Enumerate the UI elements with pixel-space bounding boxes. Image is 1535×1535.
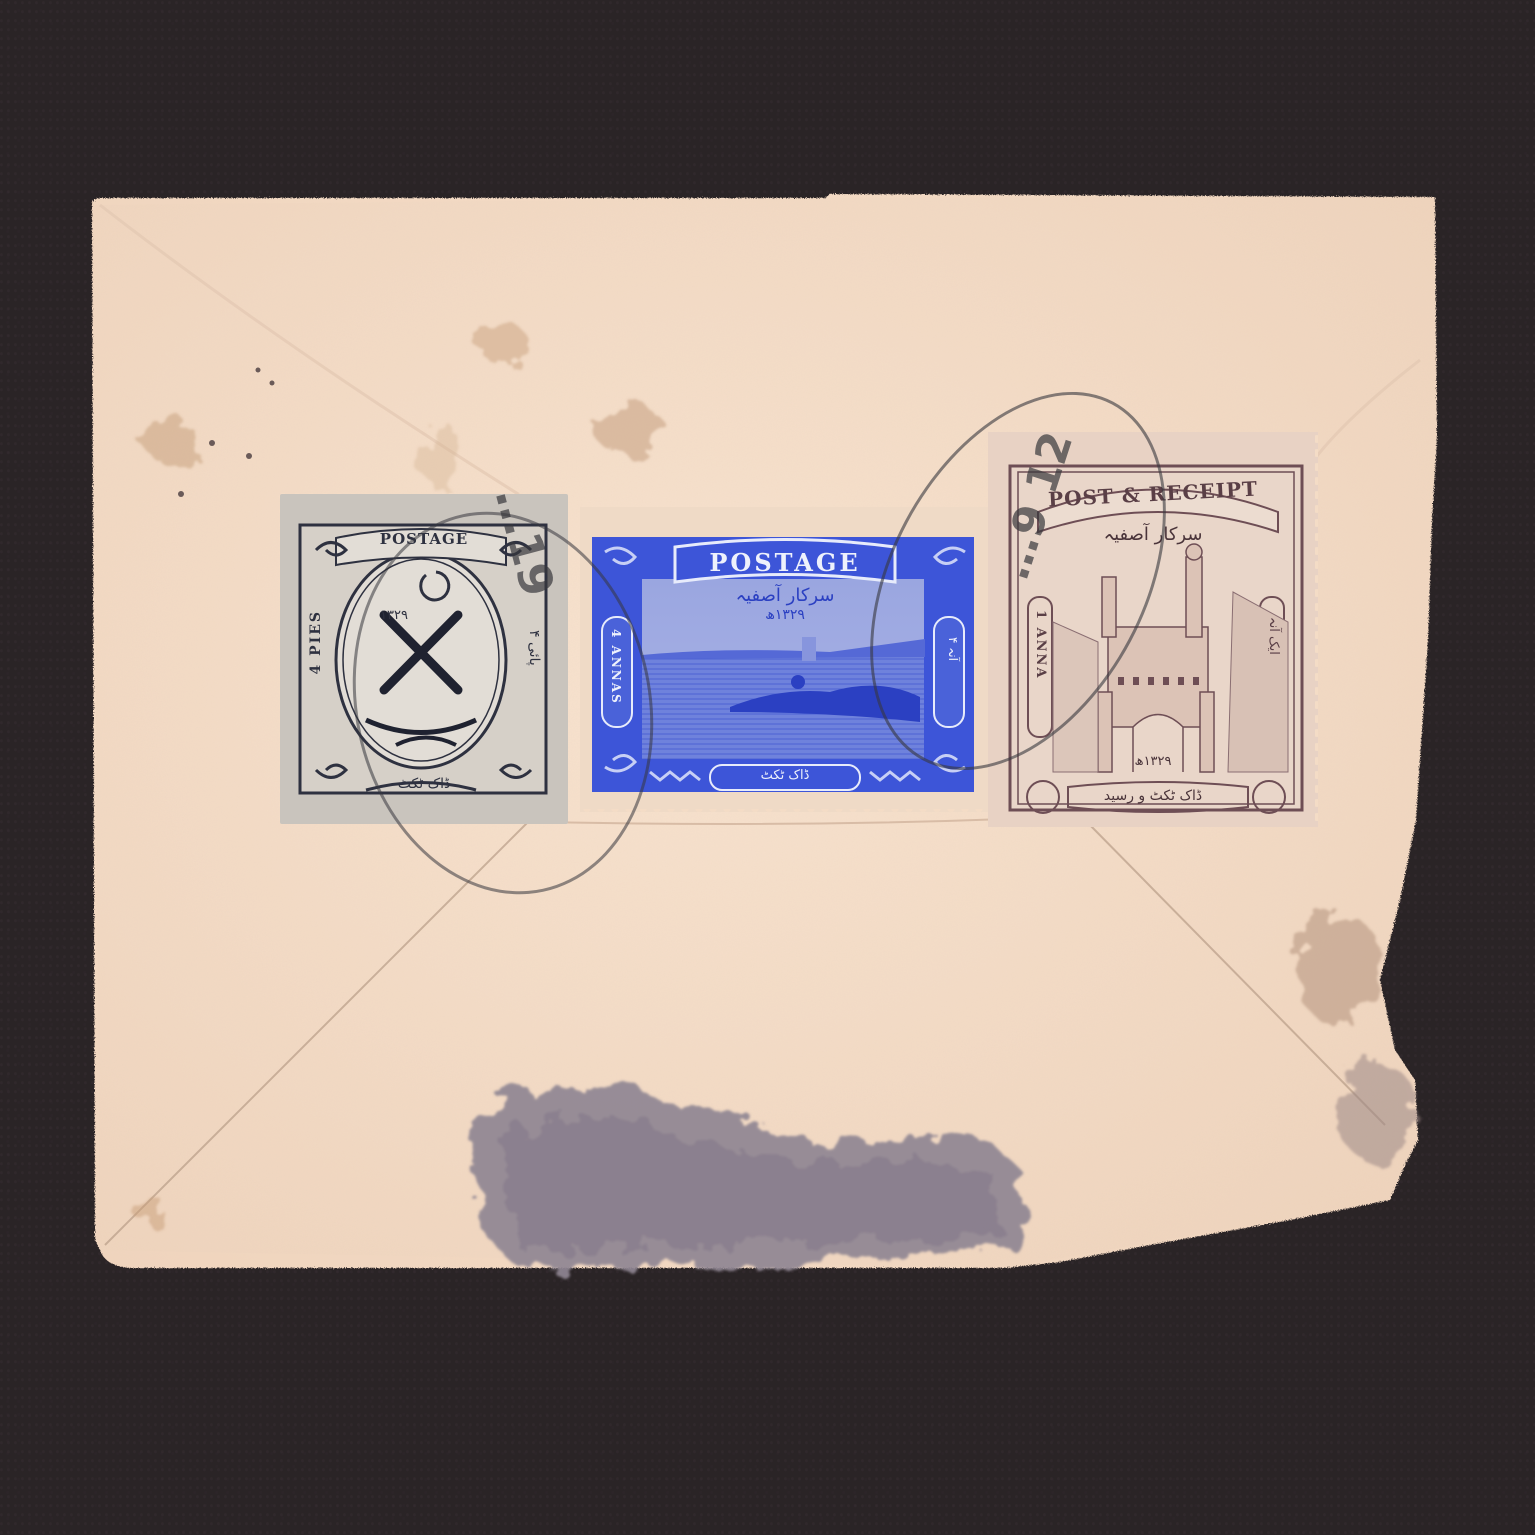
stamp-bottom-label: ڈاک ٹکٹ و رسید [988,788,1318,804]
stamp-value-label-urdu: ایک آنہ [1266,617,1281,655]
stamp-year: ١٣٢٩ھ [988,754,1318,769]
